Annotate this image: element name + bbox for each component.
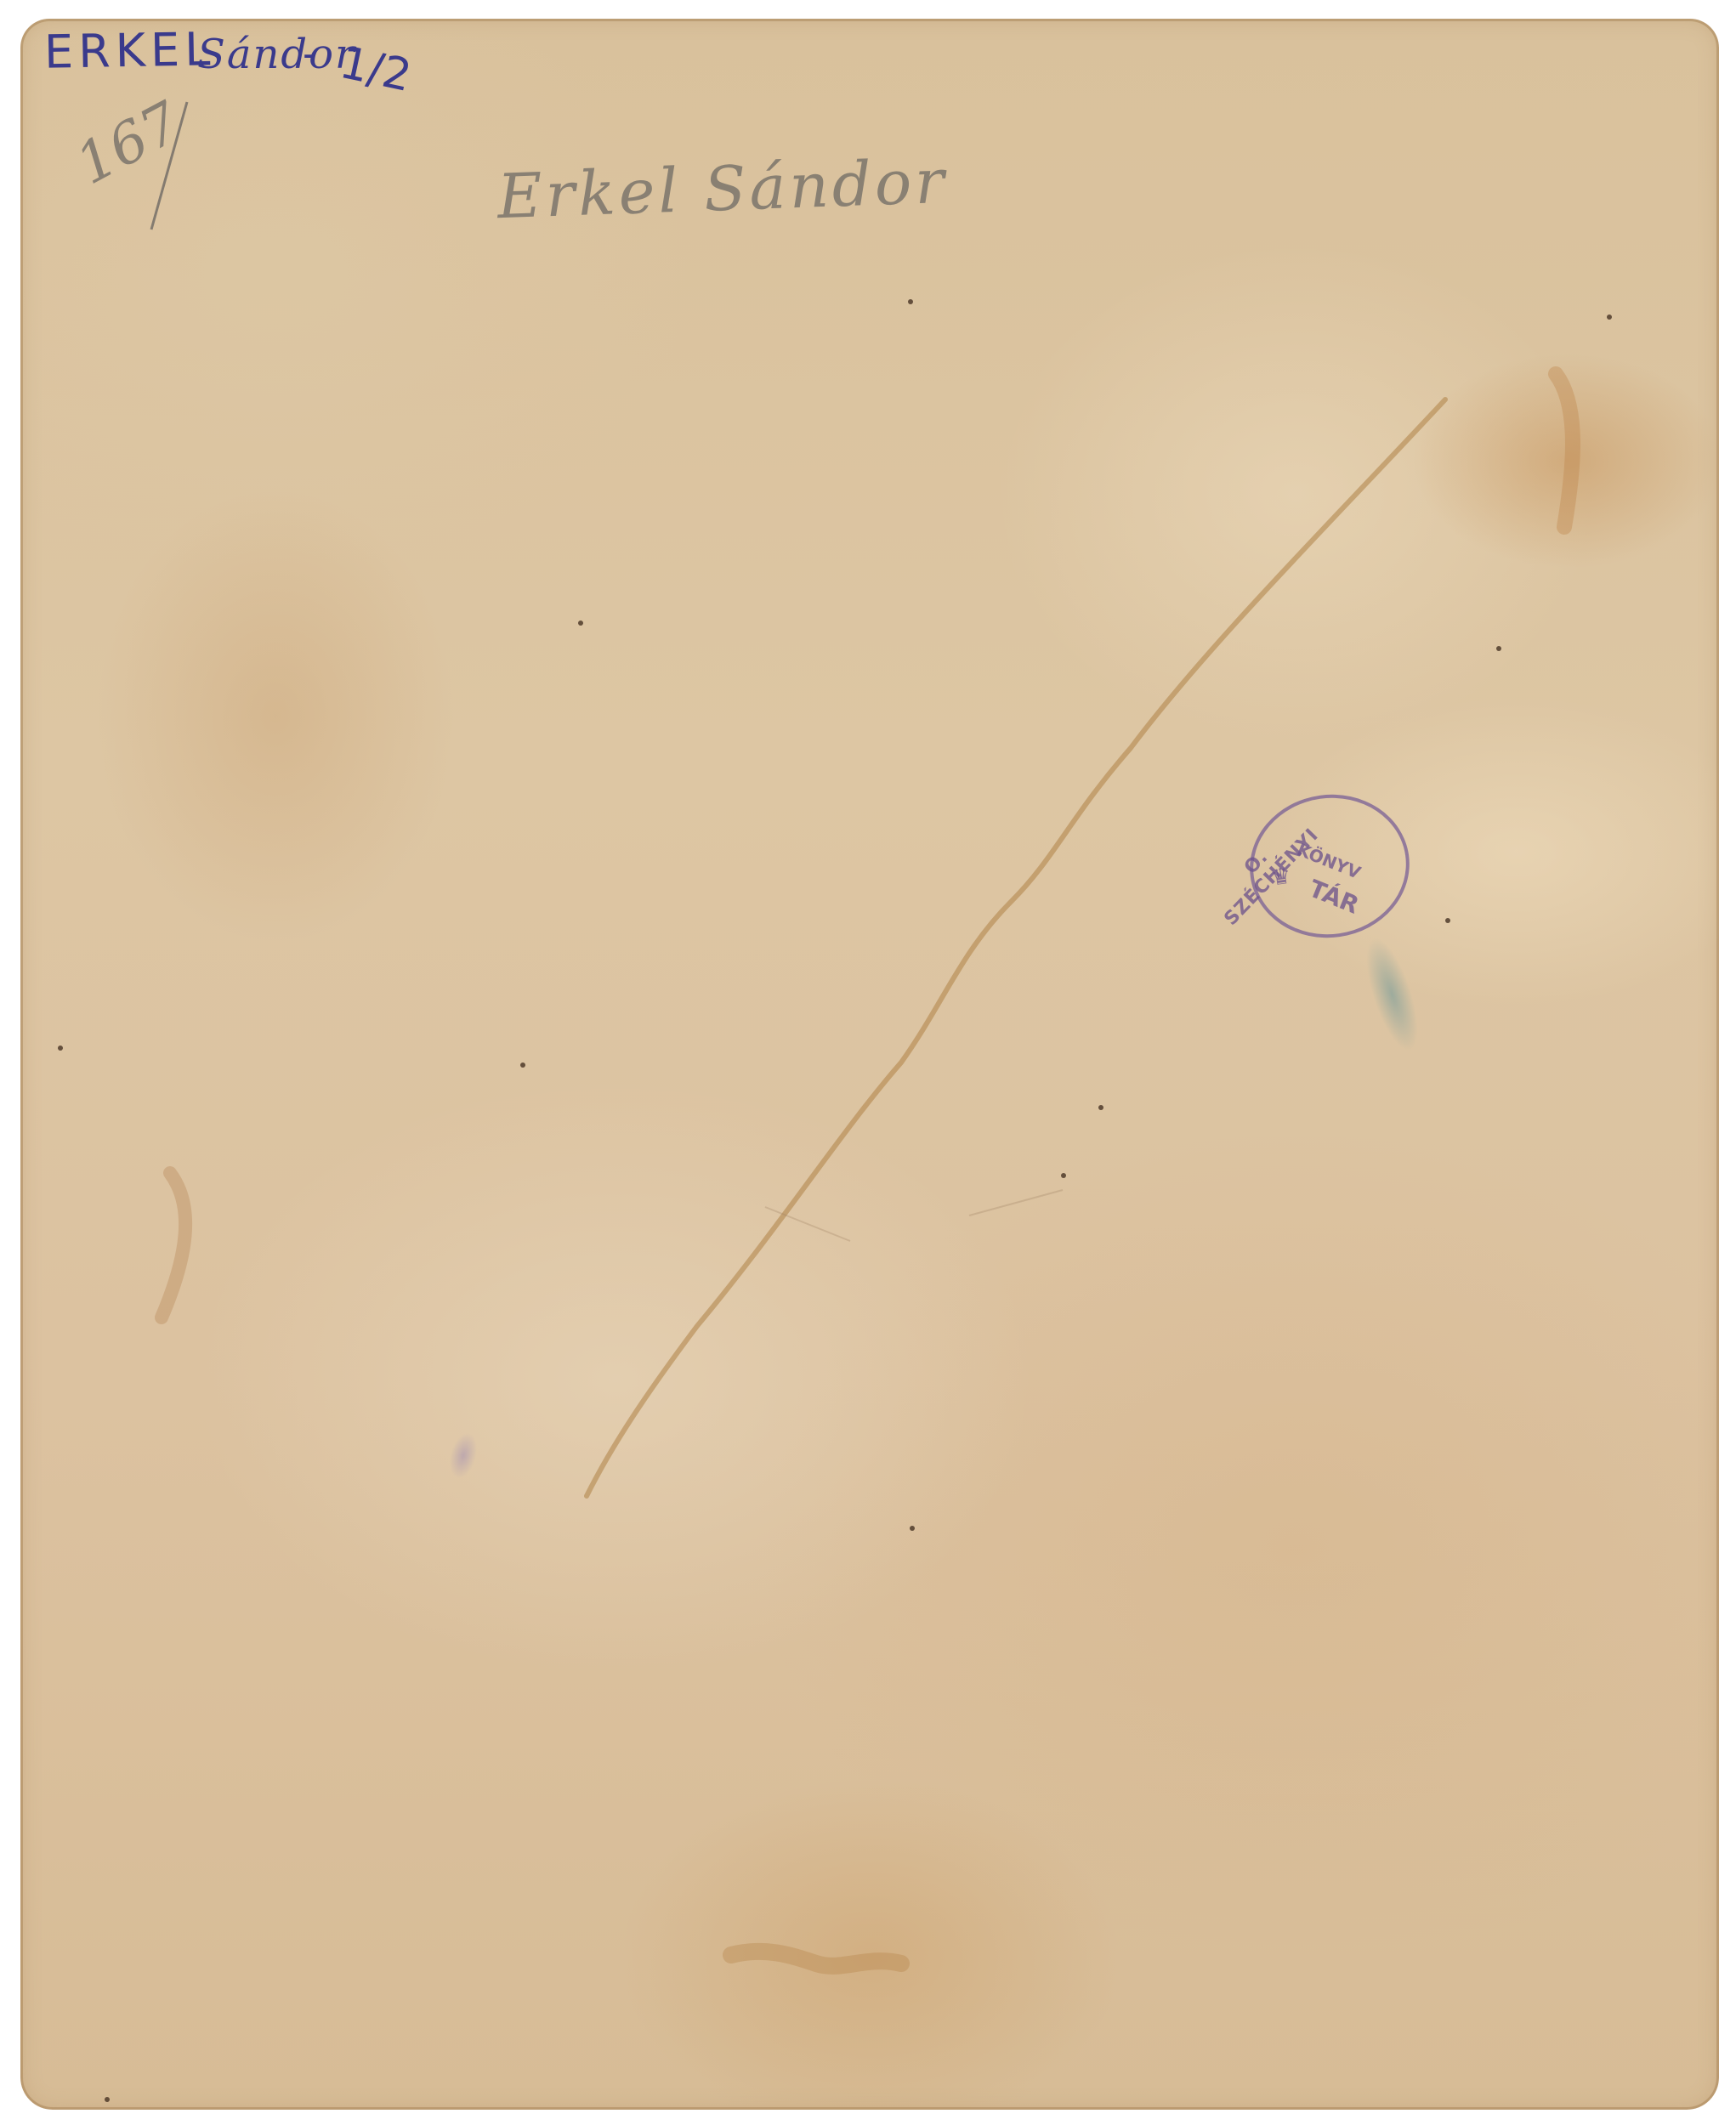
foxing-speck	[1496, 646, 1501, 651]
ink-surname: ERKEL	[43, 22, 215, 79]
ink-dash: -	[303, 31, 317, 76]
cabinet-card-back	[20, 19, 1719, 2110]
ink-given-name: Sándor	[197, 31, 356, 78]
foxing-speck	[520, 1062, 525, 1068]
foxing-speck	[105, 2097, 110, 2102]
foxing-speck	[1098, 1105, 1103, 1110]
foxing-speck	[1607, 314, 1612, 320]
foxing-speck	[58, 1045, 63, 1051]
foxing-speck	[1445, 918, 1450, 923]
foxing-speck	[908, 299, 913, 304]
foxing-speck	[910, 1526, 915, 1531]
foxing-speck	[1061, 1173, 1066, 1178]
foxing-speck	[578, 620, 583, 626]
